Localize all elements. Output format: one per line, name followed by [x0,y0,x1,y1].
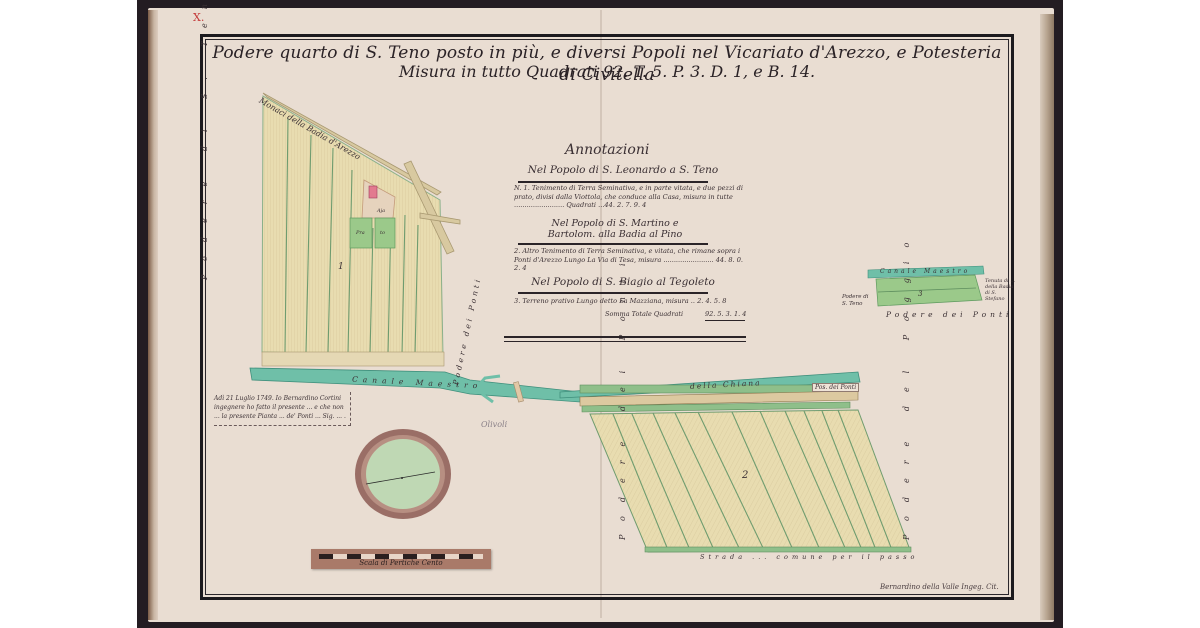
label-strada-bottom: Strada ... comune per il passo [700,553,918,561]
label-podere-s-teno-right: Podere di S. Teno [842,294,874,308]
annotation-parish-2: Nel Popolo di S. Martino e Bartolom. all… [540,218,690,240]
label-pos-dei-ponti: Pos. dei Ponti [812,383,859,392]
divider [504,341,746,342]
divider [705,320,745,321]
divider [518,181,708,183]
label-tenuta: Tenuta di ... della Badia di S. Stefano [985,278,1017,302]
divider [518,243,708,245]
annotation-total-label: Somma Totale Quadrati [605,310,683,318]
compass-rose [355,429,451,519]
handwritten-note: Adì 21 Luglio 1749. Io Bernardino Cortin… [214,392,351,426]
divider [504,336,746,338]
label-canale-maestro-2: Canale Maestro [880,268,970,275]
label-podere-s-teno-left: Podere di S. Teno [200,0,209,280]
divider [518,292,708,294]
label-prato-b: to [380,230,385,236]
map-drawing [0,0,1200,628]
label-podere-dei-ponti-3: Podere dei Ponti [886,310,1012,319]
label-pencil-note: Olivoli [481,420,507,429]
signature: Bernardino della Valle Ingeg. Cit. [880,583,999,591]
annotation-entry-3: 3. Terreno prativo Lungo detto La Mazzia… [514,297,746,306]
parcel-2 [560,372,911,552]
annotation-total-value: 92. 5. 3. 1. 4 [705,310,746,318]
label-prato-a: Pra [356,230,365,236]
label-parcel-2: 2 [742,470,748,481]
annotation-parish-1: Nel Popolo di S. Leonardo a S. Teno [518,164,728,176]
scale-label: Scala di Pertiche Cento [311,559,491,567]
scale-bar: Scala di Pertiche Cento [311,549,491,569]
annotation-parish-3: Nel Popolo di S. Biagio al Tegoleto [518,276,728,288]
label-podere-del-poggio: Podere del Poggio [902,229,911,540]
annotation-entry-1: N. 1. Tenimento di Terra Seminativa, e i… [514,184,746,210]
annotations-heading: Annotazioni [565,142,649,158]
label-parcel-1: 1 [338,262,344,272]
label-parcel-3: 3 [918,290,922,298]
label-aja: Aja [377,208,385,214]
annotation-entry-2: 2. Altro Tenimento di Terra Seminativa, … [514,247,746,273]
